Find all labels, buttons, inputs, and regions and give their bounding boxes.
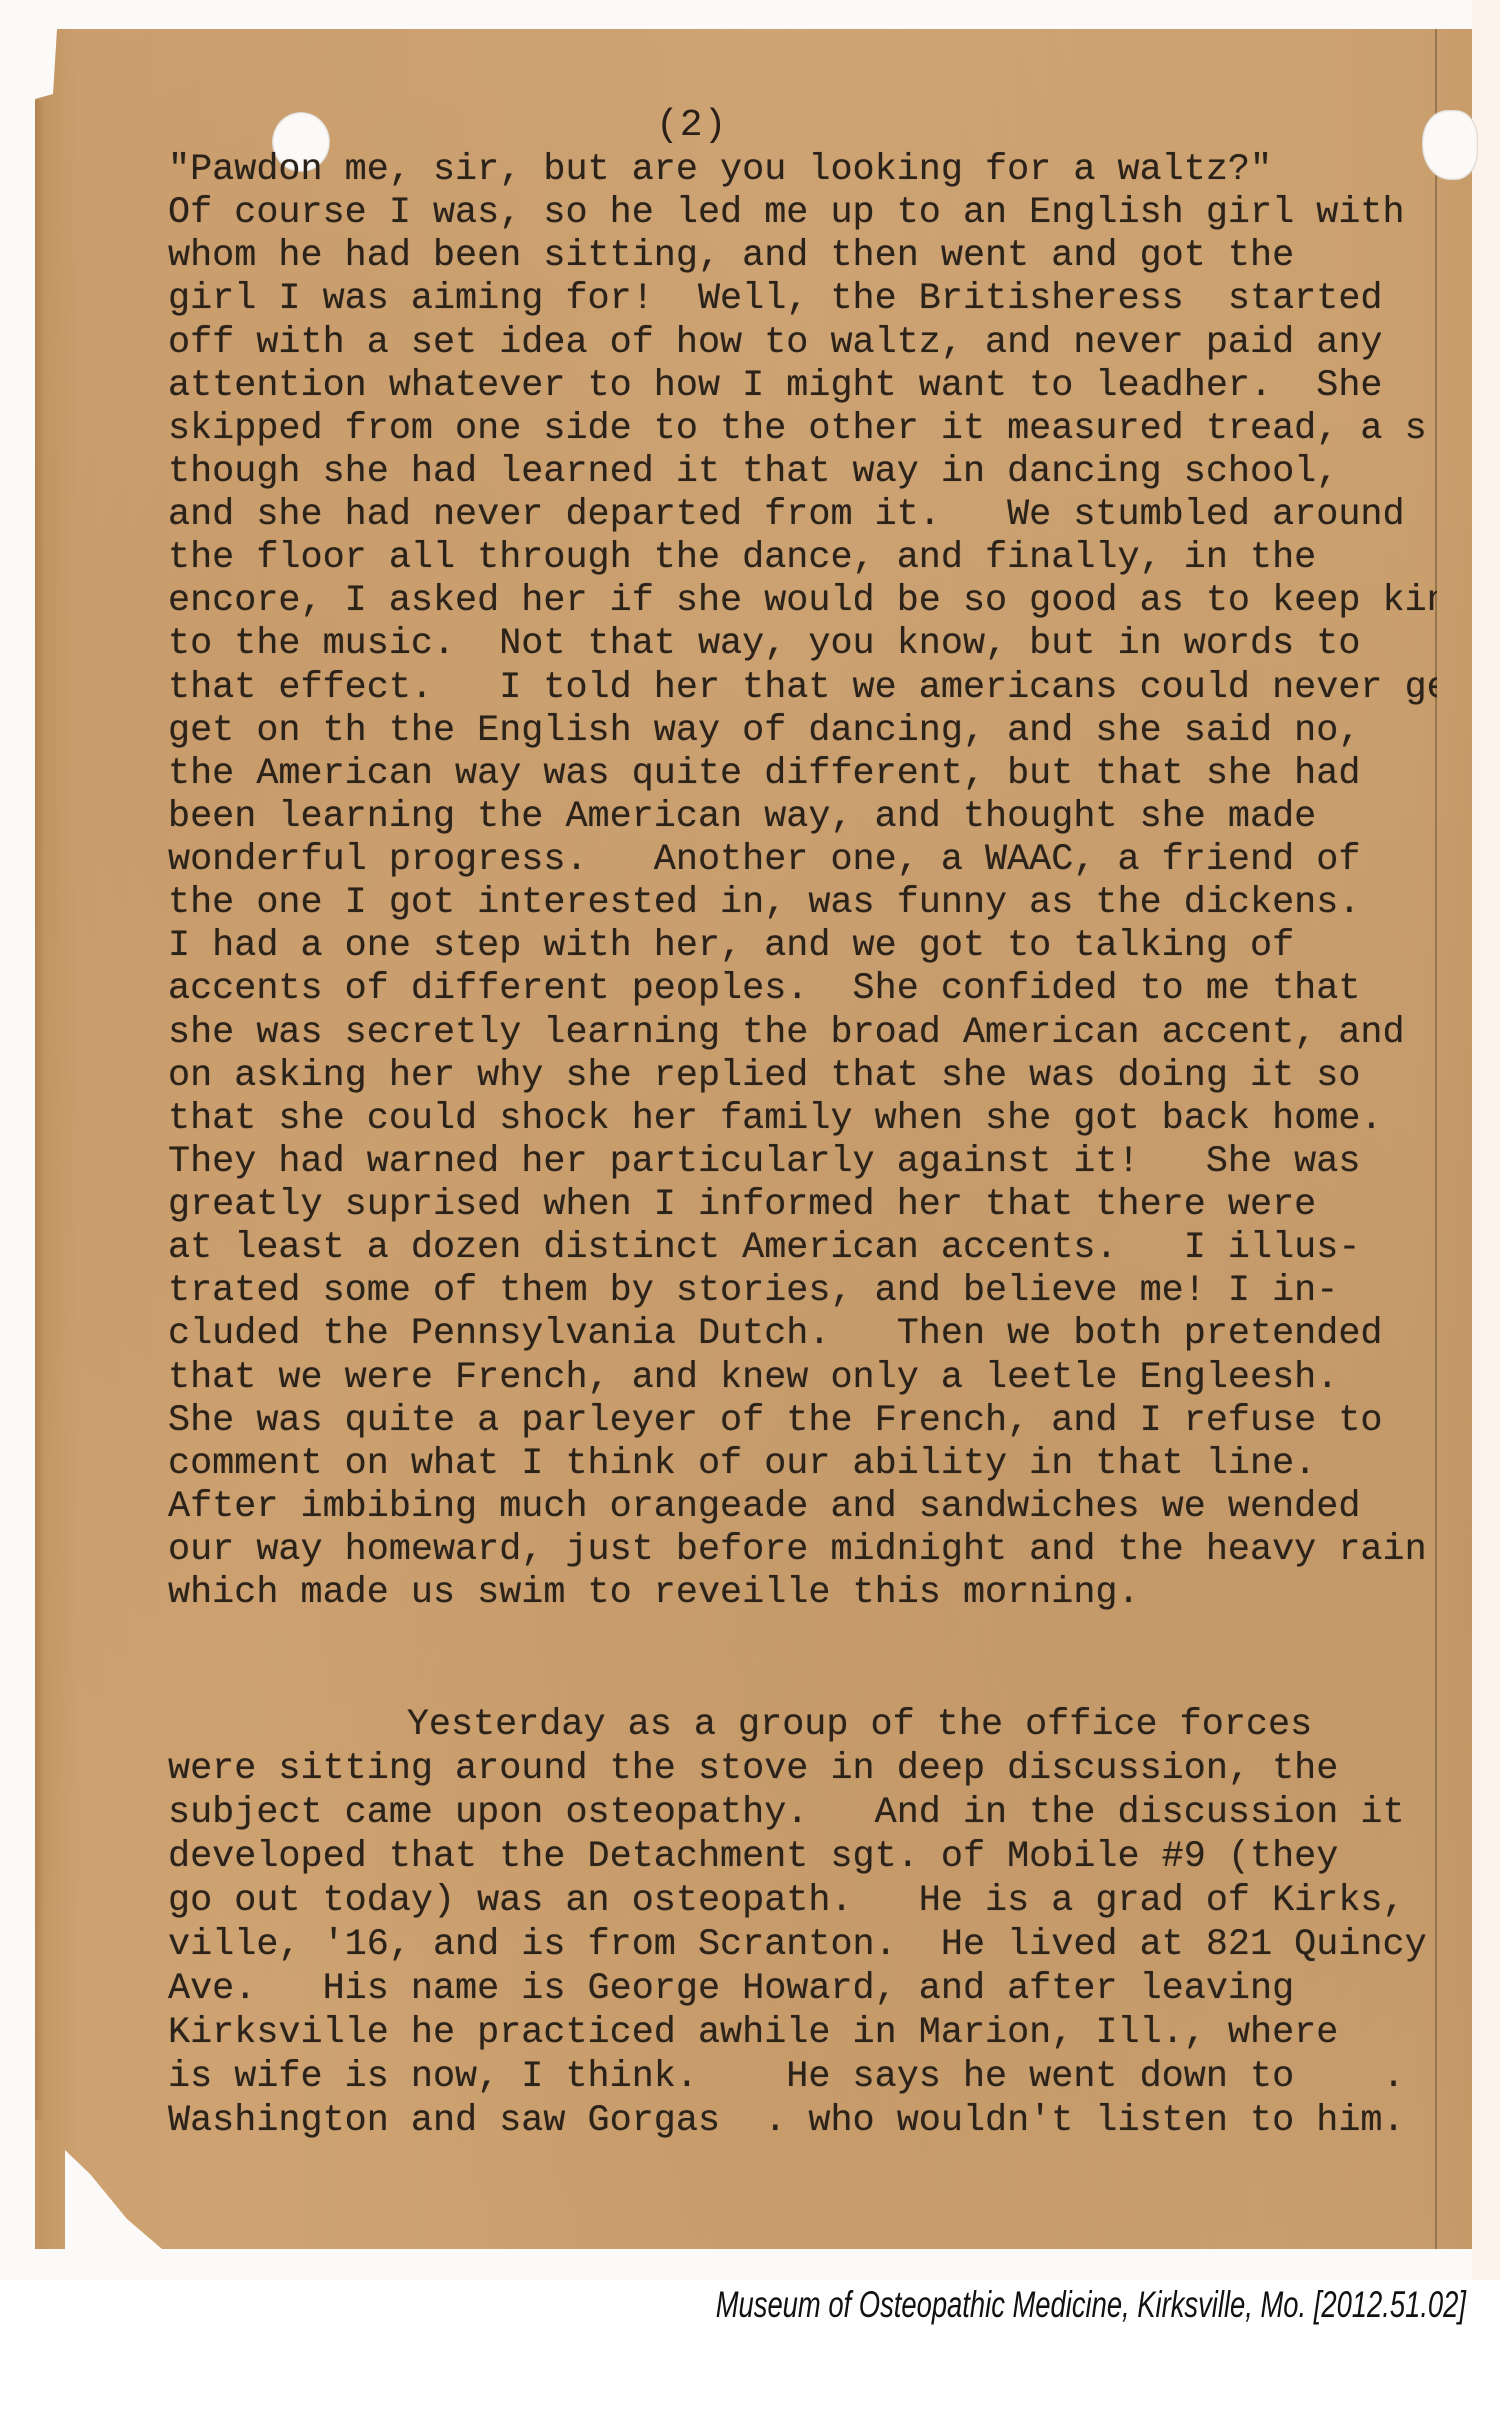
text-line: Ave. His name is George Howard, and afte…: [168, 1971, 1294, 2008]
text-line: whom he had been sitting, and then went …: [168, 238, 1294, 275]
text-line: get on th the English way of dancing, an…: [168, 713, 1360, 750]
text-line: that effect. I told her that we american…: [168, 670, 1437, 707]
text-line: been learning the American way, and thou…: [168, 799, 1316, 836]
text-line: Yesterday as a group of the office force…: [186, 1707, 1312, 1744]
scan-margin-strip: [1472, 0, 1500, 2280]
text-line: that we were French, and knew only a lee…: [168, 1360, 1338, 1397]
text-line: After imbibing much orangeade and sandwi…: [168, 1489, 1360, 1526]
text-line: greatly suprised when I informed her tha…: [168, 1187, 1316, 1224]
text-line: go out today) was an osteopath. He is a …: [168, 1883, 1405, 1920]
text-line: at least a dozen distinct American accen…: [168, 1230, 1360, 1267]
text-line: ville, '16, and is from Scranton. He liv…: [168, 1927, 1427, 1964]
text-line: Of course I was, so he led me up to an E…: [168, 195, 1405, 232]
text-line: skipped from one side to the other it me…: [168, 411, 1427, 448]
text-line: developed that the Detachment sgt. of Mo…: [168, 1839, 1338, 1876]
text-line: "Pawdon me, sir, but are you looking for…: [168, 152, 1272, 189]
text-line: Washington and saw Gorgas . who wouldn't…: [168, 2103, 1405, 2140]
text-line: our way homeward, just before midnight a…: [168, 1532, 1427, 1569]
text-line: and she had never departed from it. We s…: [168, 497, 1405, 534]
text-line: were sitting around the stove in deep di…: [168, 1751, 1338, 1788]
text-line: that she could shock her family when she…: [168, 1101, 1383, 1138]
text-line: comment on what I think of our ability i…: [168, 1446, 1316, 1483]
museum-caption: Museum of Osteopathic Medicine, Kirksvil…: [381, 2284, 1466, 2326]
typed-text-body: "Pawdon me, sir, but are you looking for…: [0, 0, 1437, 2433]
text-line: the American way was quite different, bu…: [168, 756, 1360, 793]
text-line: the one I got interested in, was funny a…: [168, 885, 1360, 922]
text-line: encore, I asked her if she would be so g…: [168, 583, 1437, 620]
text-line: she was secretly learning the broad Amer…: [168, 1015, 1405, 1052]
text-line: though she had learned it that way in da…: [168, 454, 1338, 491]
text-line: I had a one step with her, and we got to…: [168, 928, 1294, 965]
text-line: subject came upon osteopathy. And in the…: [168, 1795, 1405, 1832]
text-line: trated some of them by stories, and beli…: [168, 1273, 1338, 1310]
text-line: to the music. Not that way, you know, bu…: [168, 626, 1360, 663]
text-line: cluded the Pennsylvania Dutch. Then we b…: [168, 1316, 1383, 1353]
text-line: attention whatever to how I might want t…: [168, 368, 1383, 405]
text-line: She was quite a parleyer of the French, …: [168, 1403, 1383, 1440]
text-line: on asking her why she replied that she w…: [168, 1058, 1360, 1095]
text-line: accents of different peoples. She confid…: [168, 971, 1360, 1008]
text-line: They had warned her particularly against…: [168, 1144, 1360, 1181]
text-line: is wife is now, I think. He says he went…: [168, 2059, 1405, 2096]
text-line: the floor all through the dance, and fin…: [168, 540, 1316, 577]
text-line: off with a set idea of how to waltz, and…: [168, 325, 1383, 362]
text-line: which made us swim to reveille this morn…: [168, 1575, 1140, 1612]
text-line: wonderful progress. Another one, a WAAC,…: [168, 842, 1360, 879]
text-line: girl I was aiming for! Well, the British…: [168, 281, 1383, 318]
text-line: Kirksville he practiced awhile in Marion…: [168, 2015, 1338, 2052]
